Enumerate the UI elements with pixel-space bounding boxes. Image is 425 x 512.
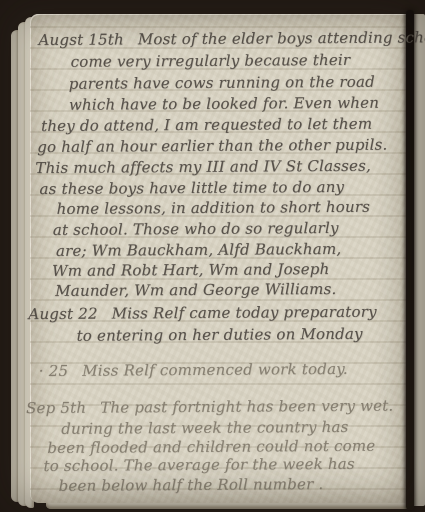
entry-line: go half an hour earlier than the other p… (37, 135, 387, 157)
entry-date: Augst 22 (28, 305, 97, 323)
entry-date: Augst 15th (38, 30, 123, 49)
entry-date: Sep 5th (26, 399, 86, 417)
entry-line: Sep 5thThe past fortnight has been very … (26, 396, 393, 419)
entry-line: which have to be looked for. Even when (69, 93, 379, 115)
entry-text: The past fortnight has been very wet. (100, 397, 393, 417)
entry-line: at school. Those who do so regularly (53, 218, 339, 240)
logbook-photo: Augst 15thMost of the elder boys attendi… (0, 0, 425, 512)
entry-text: Most of the elder boys attending school (138, 28, 425, 48)
entry-line: come very irregularly because their (71, 50, 351, 72)
entry-text: Miss Relf came today preparatory (112, 303, 377, 323)
entry-line: as these boys have little time to do any (39, 177, 344, 199)
entry-date: · 25 (39, 362, 69, 380)
handwritten-entries: Augst 15thMost of the elder boys attendi… (0, 0, 425, 512)
entry-line: to entering on her duties on Monday (76, 324, 362, 346)
entry-line: home lessons, in addition to short hours (57, 197, 371, 219)
entry-line: Maunder, Wm and George Williams. (55, 279, 336, 301)
entry-line: Augst 22Miss Relf came today preparatory (28, 302, 376, 324)
entry-line: been below half the Roll number . (59, 474, 324, 496)
entry-line: they do attend, I am requested to let th… (41, 114, 372, 136)
entry-line: · 25Miss Relf commenced work today. (39, 359, 348, 381)
entry-line: to school. The average for the week has (43, 454, 354, 476)
entry-line: Augst 15thMost of the elder boys attendi… (38, 27, 425, 50)
entry-line: are; Wm Bauckham, Alfd Bauckham, (56, 239, 342, 261)
entry-text: Miss Relf commenced work today. (82, 360, 348, 380)
entry-line: parents have cows running on the road (69, 72, 375, 94)
entry-line: This much affects my III and IV St Class… (35, 156, 371, 178)
entry-line: Wm and Robt Hart, Wm and Joseph (52, 259, 329, 281)
